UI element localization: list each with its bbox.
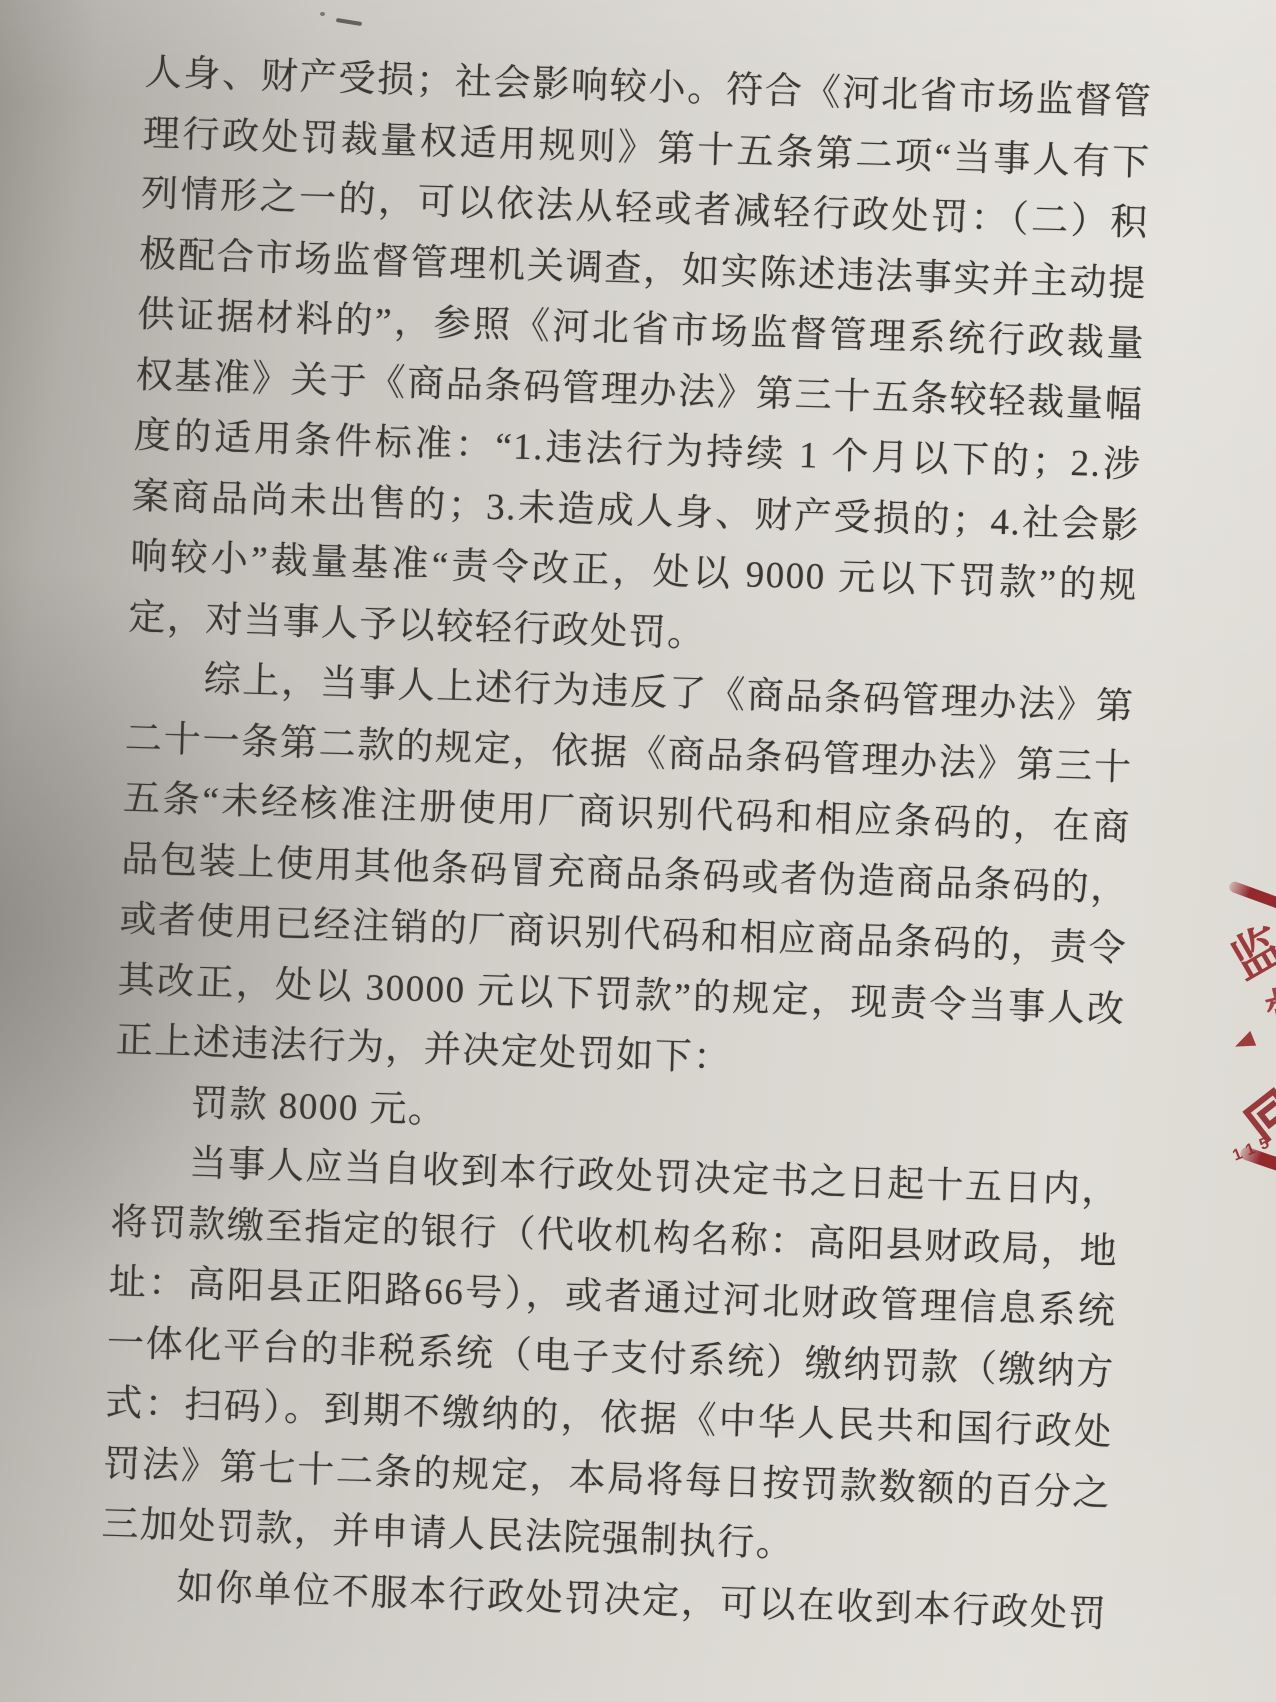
official-seal-fragment: 监 督 115 <box>1120 840 1276 1210</box>
seal-character-clipped: 督 <box>1261 981 1276 1037</box>
seal-tick-mark <box>1232 1031 1257 1053</box>
penalty-decision-text: 人身、财产受损；社会影响较小。符合《河北省市场监督管 理行政处罚裁量权适用规则》… <box>99 43 1153 1645</box>
ink-mark <box>336 18 362 26</box>
seal-arc-stroke-bottom <box>1239 1145 1276 1191</box>
ink-speck <box>320 12 325 16</box>
document-photo: 人身、财产受损；社会影响较小。符合《河北省市场监督管 理行政处罚裁量权适用规则》… <box>0 0 1276 1702</box>
seal-character: 监 <box>1223 919 1276 987</box>
